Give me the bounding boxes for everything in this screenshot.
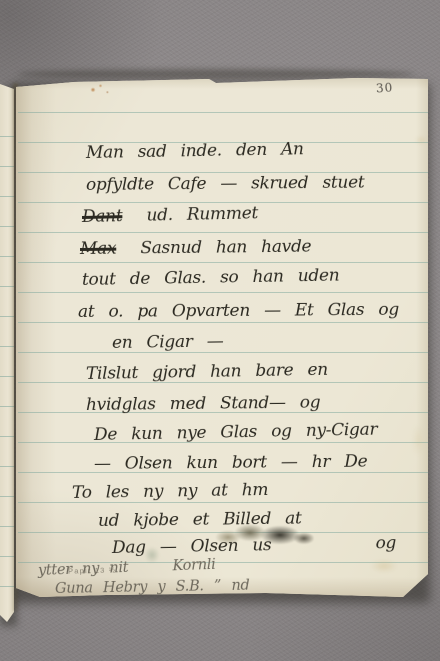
handwritten-line: hvidglas med Stand— og <box>86 391 321 417</box>
handwritten-line: Dant ud. Rummet <box>82 201 258 229</box>
handwritten-line: opfyldte Cafe — skrued stuet <box>86 171 365 197</box>
page-number: 30 <box>376 80 394 95</box>
handwritten-line: en Cigar — <box>112 329 224 355</box>
notebook-page: 30 Man sad inde. den An opfyldte Cafe — … <box>16 77 428 597</box>
page-top-shadow <box>18 69 414 79</box>
paper-maker-stamp: Papir 13 ½ <box>68 565 117 575</box>
handwritten-line: tout de Glas. so han uden <box>82 264 340 292</box>
handwritten-line: Tilslut gjord han bare en <box>86 358 328 386</box>
handwritten-line: — Olsen kun bort — hr De <box>94 450 368 476</box>
struck-word: Max <box>80 239 116 259</box>
facing-page-edge <box>0 84 14 622</box>
handwritten-text: Sasnud han havde <box>140 237 311 259</box>
struck-word: Dant <box>82 206 123 227</box>
rust-stain <box>84 81 114 97</box>
smudge-stain <box>140 543 164 567</box>
handwritten-line: Man sad inde. den An <box>86 137 304 165</box>
handwritten-line: at o. pa Opvarten — Et Glas og <box>78 298 399 324</box>
handwritten-line: To les ny ny at hm <box>72 478 269 505</box>
notebook-photograph: 30 Man sad inde. den An opfyldte Cafe — … <box>0 0 440 661</box>
ink-blot <box>214 521 314 549</box>
facing-page-ruled-lines <box>0 136 14 588</box>
pencil-text: Kornli <box>172 557 215 574</box>
handwritten-text: og <box>375 533 396 553</box>
foxing-stain <box>364 555 404 577</box>
foxing-stain <box>410 417 426 463</box>
foxing-stain <box>412 133 430 147</box>
handwritten-line: Max Sasnud han havde <box>80 235 312 261</box>
handwritten-text: ud. Rummet <box>146 203 258 225</box>
